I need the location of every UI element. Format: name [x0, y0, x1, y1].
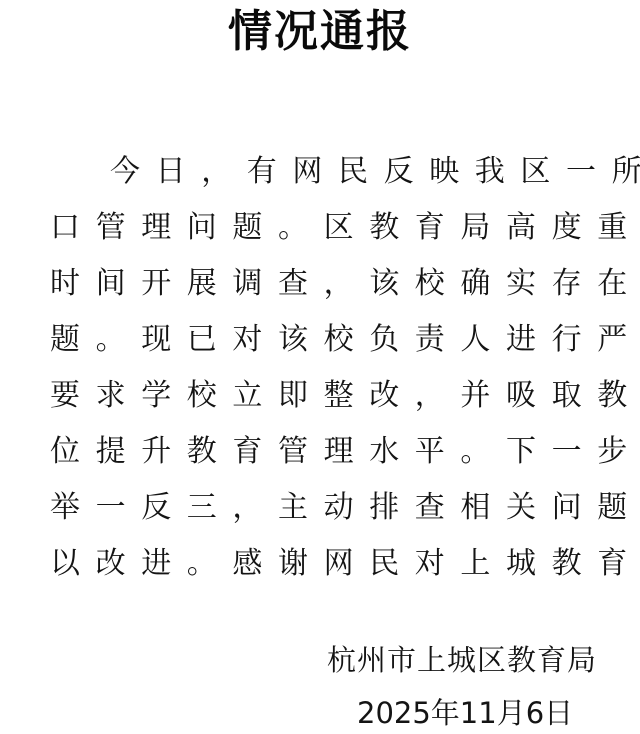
issuing-organization: 杭州市上城区教育局 [327, 638, 597, 682]
body-line: 口管理问题。区教育局高度重视，第一 [50, 200, 598, 256]
document-title: 情况通报 [0, 4, 640, 60]
body-line: 今日，有网民反映我区一所学校门 [50, 144, 598, 200]
issue-date: 2025年11月6日 [357, 691, 573, 734]
body-line: 题。现已对该校负责人进行严肃批评， [50, 312, 598, 368]
notice-body: 今日，有网民反映我区一所学校门 口管理问题。区教育局高度重视，第一 时间开展调查… [50, 144, 598, 592]
body-line: 要求学校立即整改，并吸取教训，全方 [50, 368, 598, 424]
body-line: 举一反三，主动排查相关问题并认真加 [50, 480, 598, 536]
body-line: 以改进。感谢网民对上城教育的监督。 [50, 536, 598, 592]
body-line: 位提升教育管理水平。下一步，我们将 [50, 424, 598, 480]
body-line: 时间开展调查，该校确实存在相关问 [50, 256, 598, 312]
